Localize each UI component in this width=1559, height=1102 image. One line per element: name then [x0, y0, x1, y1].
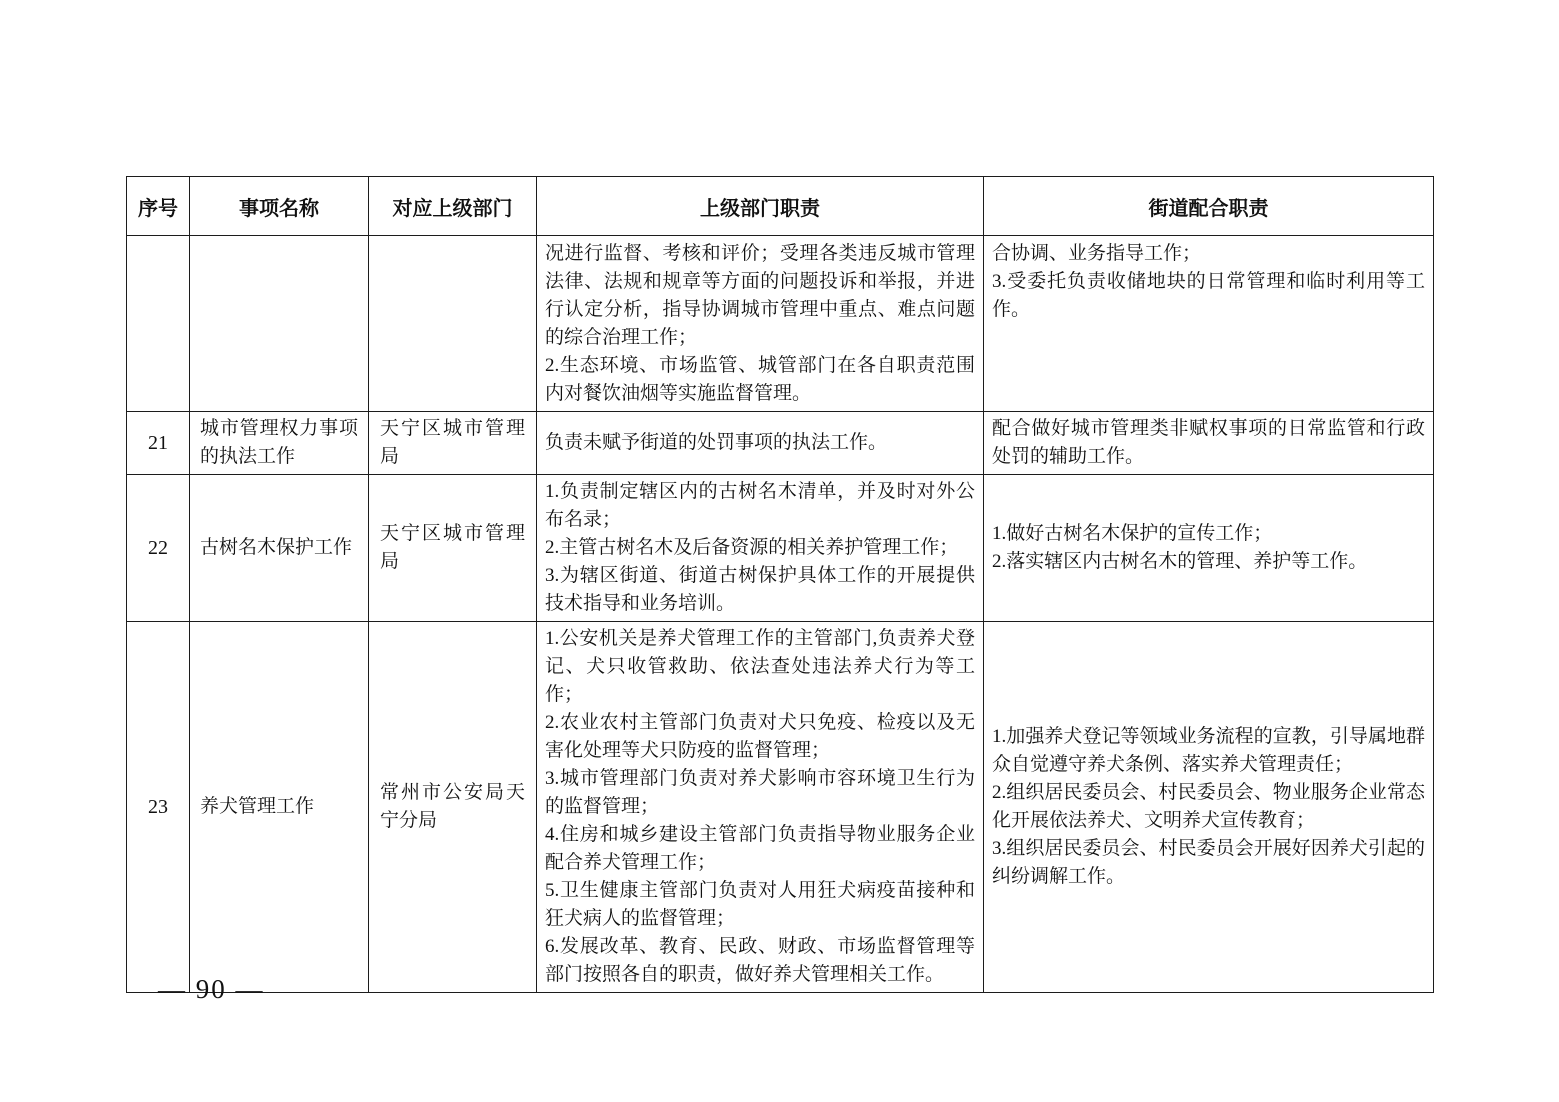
superior-duties-cell: 负责未赋予街道的处罚事项的执法工作。	[537, 412, 984, 475]
street-duties-cell: 1.做好古树名木保护的宣传工作； 2.落实辖区内古树名木的管理、养护等工作。	[984, 475, 1434, 622]
superior-duties-cell: 1.负责制定辖区内的古树名木清单，并及时对外公布名录； 2.主管古树名木及后备资…	[537, 475, 984, 622]
table-row-21: 21 城市管理权力事项的执法工作 天宁区城市管理局 负责未赋予街道的处罚事项的执…	[127, 412, 1434, 475]
item-name-cell	[190, 236, 369, 412]
item-name-cell: 城市管理权力事项的执法工作	[190, 412, 369, 475]
table-row-23: 23 养犬管理工作 常州市公安局天宁分局 1.公安机关是养犬管理工作的主管部门,…	[127, 622, 1434, 993]
page-number: — 90 —	[158, 974, 265, 1005]
col-header-item-name: 事项名称	[190, 177, 369, 236]
seq-cell	[127, 236, 190, 412]
col-header-seq: 序号	[127, 177, 190, 236]
superior-dept-cell: 常州市公安局天宁分局	[369, 622, 537, 993]
superior-duties-cell: 1.公安机关是养犬管理工作的主管部门,负责养犬登记、犬只收管救助、依法查处违法养…	[537, 622, 984, 993]
col-header-superior-department: 对应上级部门	[369, 177, 537, 236]
seq-cell: 21	[127, 412, 190, 475]
superior-dept-cell: 天宁区城市管理局	[369, 412, 537, 475]
table-row-continuation: 况进行监督、考核和评价；受理各类违反城市管理法律、法规和规章等方面的问题投诉和举…	[127, 236, 1434, 412]
item-name-cell: 养犬管理工作	[190, 622, 369, 993]
street-duties-cell: 配合做好城市管理类非赋权事项的日常监管和行政处罚的辅助工作。	[984, 412, 1434, 475]
table-row-22: 22 古树名木保护工作 天宁区城市管理局 1.负责制定辖区内的古树名木清单，并及…	[127, 475, 1434, 622]
col-header-street-duties: 街道配合职责	[984, 177, 1434, 236]
superior-dept-cell: 天宁区城市管理局	[369, 475, 537, 622]
seq-cell: 23	[127, 622, 190, 993]
superior-duties-cell: 况进行监督、考核和评价；受理各类违反城市管理法律、法规和规章等方面的问题投诉和举…	[537, 236, 984, 412]
table-header-row: 序号 事项名称 对应上级部门 上级部门职责 街道配合职责	[127, 177, 1434, 236]
superior-dept-cell	[369, 236, 537, 412]
responsibility-table: 序号 事项名称 对应上级部门 上级部门职责 街道配合职责 况进行监督、考核和评价…	[126, 176, 1434, 993]
seq-cell: 22	[127, 475, 190, 622]
street-duties-cell: 合协调、业务指导工作； 3.受委托负责收储地块的日常管理和临时利用等工作。	[984, 236, 1434, 412]
col-header-superior-duties: 上级部门职责	[537, 177, 984, 236]
item-name-cell: 古树名木保护工作	[190, 475, 369, 622]
street-duties-cell: 1.加强养犬登记等领域业务流程的宣教，引导属地群众自觉遵守养犬条例、落实养犬管理…	[984, 622, 1434, 993]
